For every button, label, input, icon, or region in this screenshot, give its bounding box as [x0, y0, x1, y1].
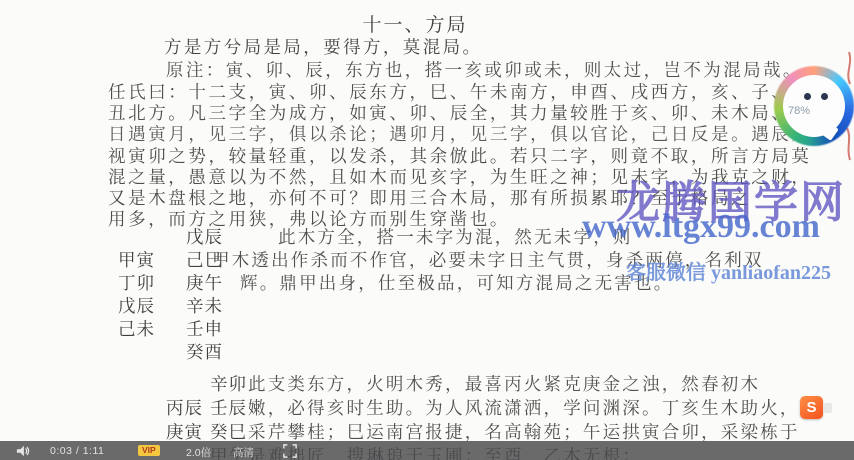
- fullscreen-icon[interactable]: [283, 444, 297, 458]
- case2-natal-pillars: 丙辰 庚寅: [166, 396, 203, 444]
- case1-natal-pillars: 甲寅 丁卯 戊辰 己未: [118, 249, 155, 341]
- case-line: 此支类东方，火明木秀，最喜丙火紧克庚金之浊，然春初木: [248, 372, 854, 396]
- progress-percent-label: 78%: [786, 105, 812, 117]
- pillar: 丁卯: [118, 272, 155, 295]
- volume-icon[interactable]: [16, 444, 30, 458]
- playback-speed-button[interactable]: 2.0倍: [186, 445, 211, 460]
- commentary-line: 视寅卯之势，较量轻重，以发杀，其余倣此。若只二字，则竟不取，所言方局莫: [108, 146, 848, 167]
- pillar: 己未: [118, 318, 155, 341]
- bubble-eye-icon: [804, 93, 811, 100]
- pillar: 辛卯: [210, 372, 247, 396]
- pillar: 辛未: [186, 295, 223, 318]
- video-frame: 十一、方局 方是方兮局是局，要得方，莫混局。 原注：寅、卯、辰，东方也，搭一亥或…: [0, 0, 854, 460]
- playback-time: 0:03 / 1:11: [50, 445, 104, 457]
- player-control-bar: 0:03 / 1:11 VIP 2.0倍 高清: [0, 441, 854, 460]
- original-note-line: 原注：寅、卯、辰，东方也，搭一亥或卯或未，则太过，岂不为混局哉。: [166, 57, 803, 82]
- pillar: 丙辰: [166, 396, 203, 420]
- case-line: 嫩，必得亥时生助。为人风流潇洒，学问渊深。丁亥生木助火，: [248, 396, 854, 420]
- pillar: 壬申: [186, 318, 223, 341]
- pillar: 甲寅: [118, 249, 155, 272]
- chapter-title: 十一、方局: [0, 10, 830, 37]
- watermark-contact-wechat: 客服微信 yanliaofan225: [626, 256, 831, 285]
- watermark-site-url: www.ltgx99.com: [582, 208, 820, 246]
- chat-progress-bubble[interactable]: 78%: [774, 66, 854, 146]
- pillar: 壬辰: [210, 396, 247, 420]
- commentary-line: 任氏曰：十二支，寅、卯、辰东方，巳、午未南方，申酉、戌西方，亥、子、: [108, 82, 848, 103]
- sogou-letter: S: [806, 399, 816, 416]
- pillar: 戊辰: [118, 295, 155, 318]
- quality-button[interactable]: 高清: [233, 445, 254, 460]
- pillar: 癸酉: [186, 341, 223, 364]
- input-keyboard-mini-icon: [824, 403, 832, 413]
- vip-badge[interactable]: VIP: [138, 445, 160, 456]
- commentary-line: 丑北方。凡三字全为成方，如寅、卯、辰全，其力量较胜于亥、卯、未木局、戊: [108, 103, 848, 124]
- bubble-eye-icon: [821, 93, 828, 100]
- commentary-line: 日遇寅月，见三字，俱以杀论；遇卯月，见三字，俱以官论，己日反是。遇辰月，: [108, 124, 848, 145]
- sogou-input-icon[interactable]: S: [800, 396, 823, 419]
- verse-line: 方是方兮局是局，要得方，莫混局。: [164, 34, 482, 59]
